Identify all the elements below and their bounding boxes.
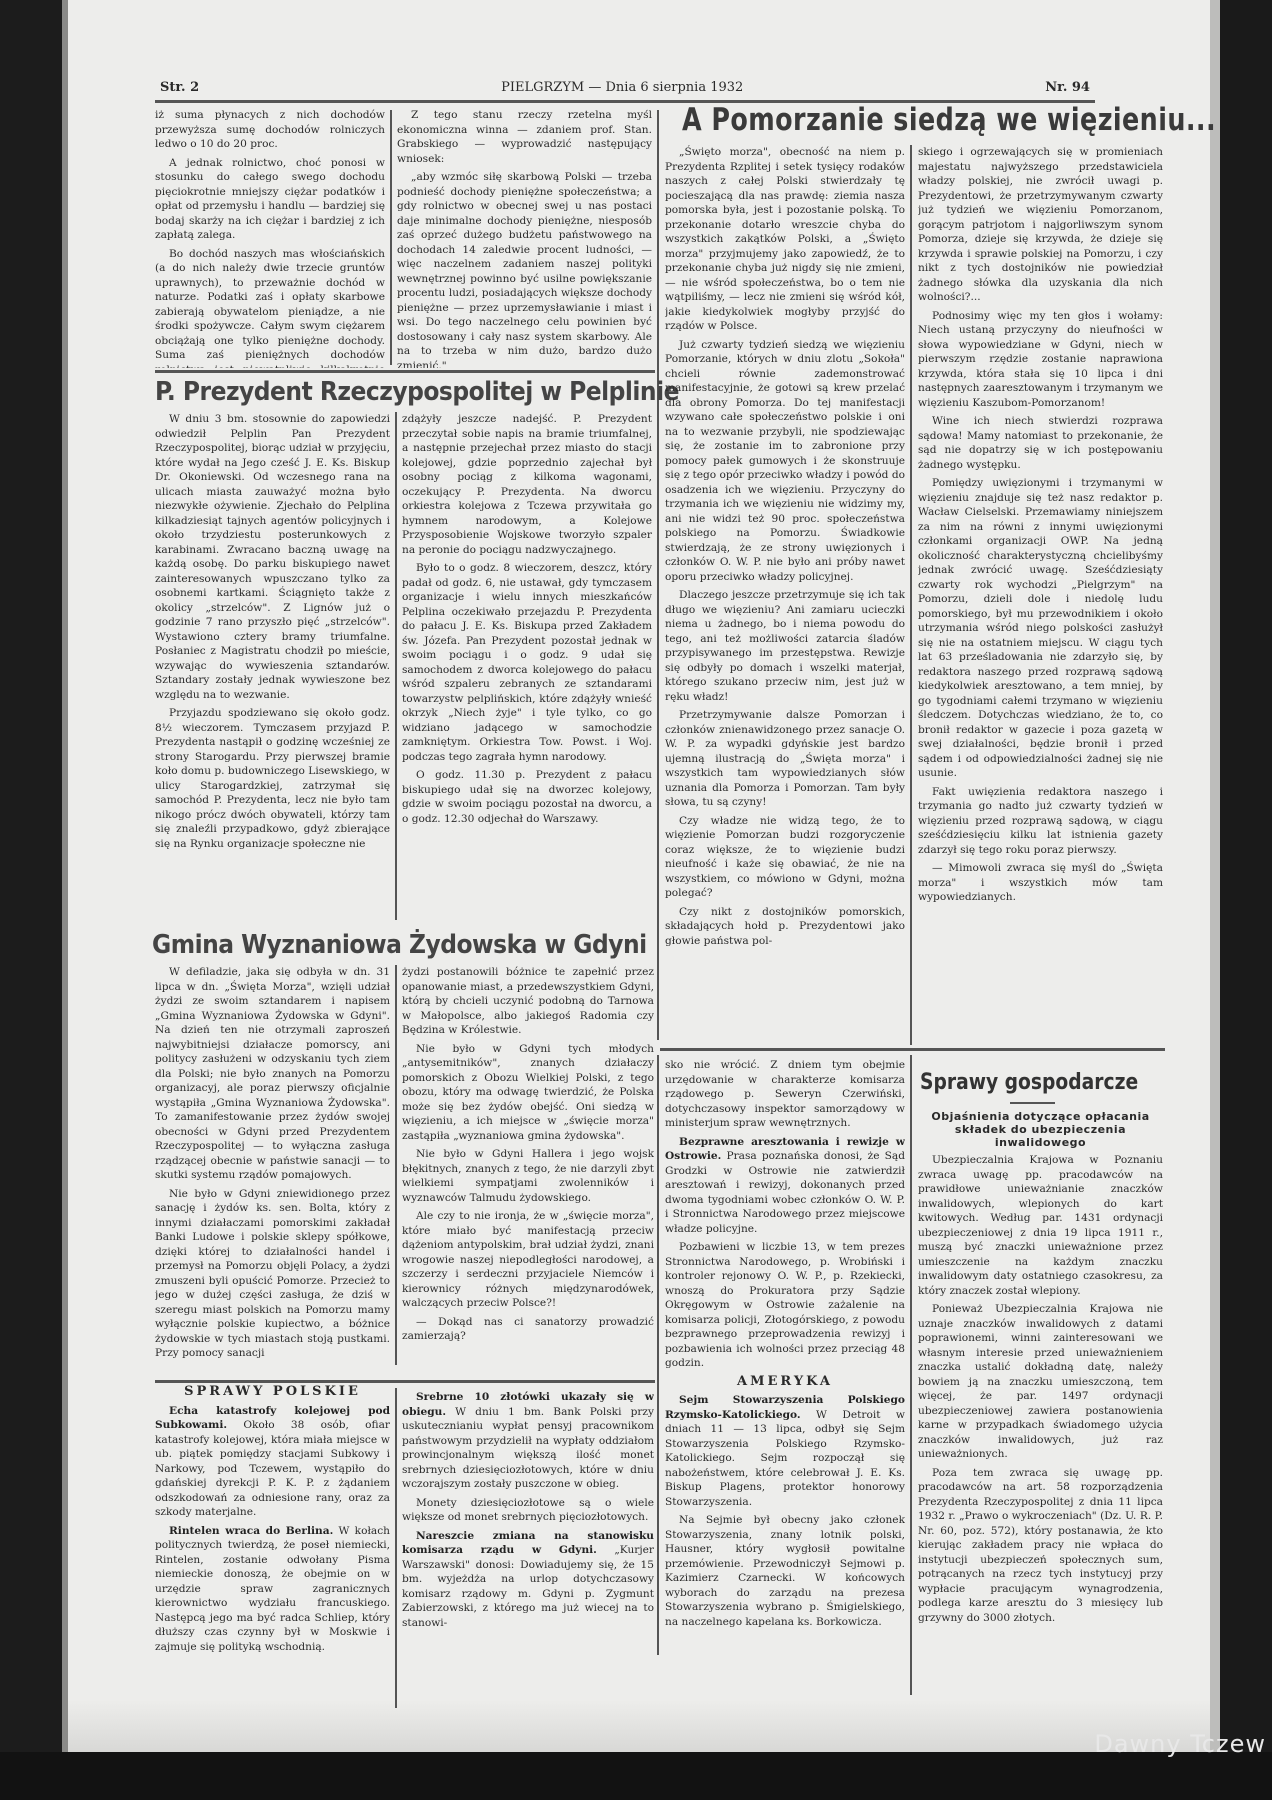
scan-right-border xyxy=(1210,0,1272,1752)
article-top-left-col1: iż suma płynacych z nich dochodów przewy… xyxy=(155,108,385,368)
watermark: Dawny Tczew xyxy=(1094,1730,1266,1758)
news-text: Na Sejmie był obecny jako członek Stowar… xyxy=(665,1514,905,1628)
paragraph: Z tego stanu rzeczy rzetelna myśl ekonom… xyxy=(397,108,652,166)
paragraph: skiego i ogrzewających się w promieniach… xyxy=(918,145,1163,305)
article-president-col2: zdążyły jeszcze nadejść. P. Prezydent pr… xyxy=(402,412,652,922)
paragraph: „aby wzmóc siłę skarbową Polski — trzeba… xyxy=(397,170,652,368)
subheadline: Objaśnienia dotyczące opłacania składek … xyxy=(918,1110,1163,1149)
news-text: „Kurjer Warszawski" donosi: Dowiadujemy … xyxy=(402,1544,654,1629)
news-item: Rintelen wraca do Berlina. W kołach poli… xyxy=(155,1524,390,1655)
paragraph: Przetrzymywanie dalsze Pomorzan i członk… xyxy=(665,708,905,810)
column-divider xyxy=(395,965,397,1365)
paragraph: Bo dochód naszych mas włościańskich (a d… xyxy=(155,247,385,369)
paragraph: W dniu 3 bm. stosownie do zapowiedzi odw… xyxy=(155,412,390,702)
news-text: Pozbawieni w liczbie 13, w tem prezes St… xyxy=(665,1241,905,1369)
column-divider xyxy=(910,1055,912,1695)
paragraph: Wine ich niech stwierdzi rozprawa sądowa… xyxy=(918,414,1163,472)
article-gmina-col1: W defiladzie, jaka się odbyła w dn. 31 l… xyxy=(155,965,390,1365)
scan-left-border xyxy=(0,0,62,1800)
page-header: Str. 2 PIELGRZYM — Dnia 6 sierpnia 1932 … xyxy=(160,80,1090,95)
paragraph: Już czwarty tydzień siedzą we więzieniu … xyxy=(665,338,905,585)
paragraph: Nie było w Gdyni Hallera i jego wojsk bł… xyxy=(402,1147,654,1205)
paragraph: Czy władze nie widzą tego, że to więzien… xyxy=(665,814,905,901)
news-item: Echa katastrofy kolejowej pod Subkowami.… xyxy=(155,1404,390,1520)
column-divider xyxy=(395,1388,397,1708)
paragraph: Było to o godz. 8 wieczorem, deszcz, któ… xyxy=(402,561,652,764)
paragraph: A jednak rolnictwo, choć ponosi w stosun… xyxy=(155,156,385,243)
news-item: Srebrne 10 złotówki ukazały się w obiegu… xyxy=(402,1390,654,1492)
news-text: W dniu 1 bm. Bank Polski przy uskuteczni… xyxy=(402,1406,654,1491)
section-title-ameryka: AMERYKA xyxy=(665,1375,905,1390)
headline-president: P. Prezydent Rzeczypospolitej w Pelplini… xyxy=(155,377,679,407)
paragraph: Ale czy to nie ironja, że w „święcie mor… xyxy=(402,1209,654,1311)
article-gmina-col2: żydzi postanowili bóżnice te zapełnić pr… xyxy=(402,965,654,1365)
section-rule xyxy=(660,1048,1165,1051)
paragraph: Poza tem zwraca się uwagę pp. pracodawcó… xyxy=(918,1466,1163,1626)
sprawy-gospodarcze-col: Objaśnienia dotyczące opłacania składek … xyxy=(918,1110,1163,1670)
news-text: Monety dziesięciozłotowe są o wiele więk… xyxy=(402,1497,654,1524)
next-page-edge xyxy=(1210,0,1220,1752)
paragraph: Fakt uwięzienia redaktora naszego i trzy… xyxy=(918,785,1163,858)
paragraph: zdążyły jeszcze nadejść. P. Prezydent pr… xyxy=(402,412,652,557)
paragraph: W defiladzie, jaka się odbyła w dn. 31 l… xyxy=(155,965,390,1183)
news-item: Pozbawieni w liczbie 13, w tem prezes St… xyxy=(665,1240,905,1371)
section-rule xyxy=(155,1380,655,1383)
news-item: Sejm Stowarzyszenia Polskiego Rzymsko-Ka… xyxy=(665,1393,905,1509)
paragraph: żydzi postanowili bóżnice te zapełnić pr… xyxy=(402,965,654,1038)
masthead-date: PIELGRZYM — Dnia 6 sierpnia 1932 xyxy=(501,80,743,95)
article-pomorzanie-col1: „Święto morza", obecność na niem p. Prez… xyxy=(665,145,905,1045)
paragraph: Dlaczego jeszcze przetrzymuje się ich ta… xyxy=(665,588,905,704)
paragraph: Ponieważ Ubezpieczalnia Krajowa nie uzna… xyxy=(918,1302,1163,1462)
news-text: sko nie wrócić. Z dniem tym obejmie urzę… xyxy=(665,1059,905,1129)
paragraph: Przyjazdu spodziewano się około godz. 8½… xyxy=(155,706,390,851)
column-divider xyxy=(390,110,392,365)
column-divider xyxy=(657,1055,659,1655)
paragraph: Nie było w Gdyni tych młodych „antysemit… xyxy=(402,1042,654,1144)
paragraph: — Mimowoli zwraca się myśl do „Święta mo… xyxy=(918,861,1163,905)
paragraph: Nie było w Gdyni zniewidionego przez san… xyxy=(155,1187,390,1361)
news-text: Około 38 osób, ofiar katastrofy kolejowe… xyxy=(155,1419,390,1518)
page-number: Str. 2 xyxy=(160,80,199,95)
title-underline xyxy=(1010,1102,1055,1104)
news-item: Monety dziesięciozłotowe są o wiele więk… xyxy=(402,1496,654,1525)
news-text: W Detroit w dniach 11 — 13 lipca, odbył … xyxy=(665,1409,905,1508)
issue-number: Nr. 94 xyxy=(1045,80,1090,95)
sprawy-polskie-col3: sko nie wrócić. Z dniem tym obejmie urzę… xyxy=(665,1058,905,1708)
article-top-left-col2: Z tego stanu rzeczy rzetelna myśl ekonom… xyxy=(397,108,652,368)
news-item: Nareszcie zmiana na stanowisku komisarza… xyxy=(402,1529,654,1631)
article-president-col1: W dniu 3 bm. stosownie do zapowiedzi odw… xyxy=(155,412,390,922)
headline-gmina: Gmina Wyznaniowa Żydowska w Gdyni xyxy=(152,930,647,960)
news-text: Prasa poznańska donosi, że Sąd Grodzki w… xyxy=(665,1150,905,1235)
headline-pomorzanie: A Pomorzanie siedzą we więzieniu... xyxy=(682,102,1216,138)
article-pomorzanie-col2: skiego i ogrzewających się w promieniach… xyxy=(918,145,1163,1045)
paragraph: Podnosimy więc my ten głos i wołamy: Nie… xyxy=(918,309,1163,411)
column-divider xyxy=(395,412,397,920)
paragraph: Pomiędzy uwięzionymi i trzymanymi w więz… xyxy=(918,476,1163,781)
paragraph: — Dokąd nas ci sanatorzy prowadzić zamie… xyxy=(402,1315,654,1344)
headline-sprawy-gospodarcze: Sprawy gospodarcze xyxy=(920,1070,1138,1095)
sprawy-polskie-col1: SPRAWY POLSKIE Echa katastrofy kolejowej… xyxy=(155,1385,390,1715)
column-divider xyxy=(910,145,912,1045)
scan-bottom-border xyxy=(0,1752,1272,1800)
paragraph: „Święto morza", obecność na niem p. Prez… xyxy=(665,145,905,334)
news-item: Bezprawne aresztowania i rewizje w Ostro… xyxy=(665,1135,905,1237)
section-rule xyxy=(155,370,655,373)
column-divider xyxy=(657,110,659,1040)
sprawy-polskie-col2: Srebrne 10 złotówki ukazały się w obiegu… xyxy=(402,1390,654,1690)
news-text: W kołach politycznych twierdzą, że poseł… xyxy=(155,1525,390,1653)
news-item: sko nie wrócić. Z dniem tym obejmie urzę… xyxy=(665,1058,905,1131)
section-title-sprawy-polskie: SPRAWY POLSKIE xyxy=(155,1385,390,1400)
paragraph: iż suma płynacych z nich dochodów przewy… xyxy=(155,108,385,152)
news-lead: Rintelen wraca do Berlina. xyxy=(169,1525,333,1537)
paragraph: Czy nikt z dostojników pomorskich, skład… xyxy=(665,905,905,949)
news-item: Na Sejmie był obecny jako członek Stowar… xyxy=(665,1513,905,1629)
paragraph: Ubezpieczalnia Krajowa w Poznaniu zwraca… xyxy=(918,1153,1163,1298)
paragraph: O godz. 11.30 p. Prezydent z pałacu bisk… xyxy=(402,768,652,826)
